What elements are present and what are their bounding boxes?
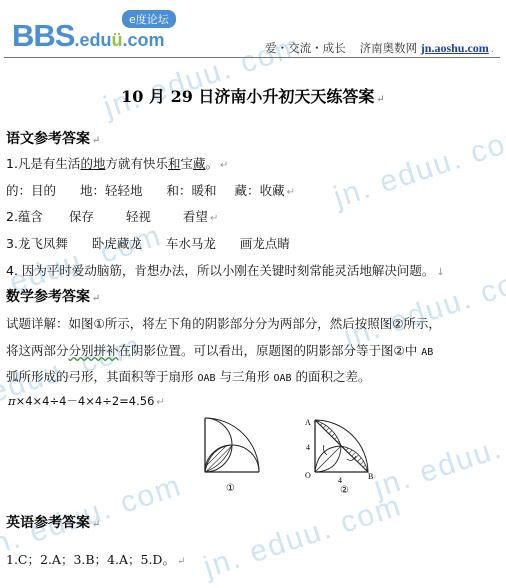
underlined-text: 的地 <box>80 156 105 171</box>
paragraph-mark: ↵ <box>92 519 100 530</box>
math-explanation-line1: 试题详解：如图①所示，将左下角的阴影部分分为两部分，然后按照图②所示， <box>6 314 441 332</box>
value: 目的 <box>31 183 56 198</box>
text: 1.凡是有生活 <box>6 156 80 171</box>
math-explanation-line3: 弧所形成的弓形，其面积等于扇形 OAB 与三角形 OAB 的面积之差。 <box>6 367 371 385</box>
svg-text:B: B <box>368 472 373 481</box>
site-name: 济南奥数网 <box>360 41 418 55</box>
spellcheck-text: 分别拼补 <box>69 343 119 358</box>
text: 弧所形成的弓形，其面积等于扇形 <box>6 369 197 384</box>
header-slogan: 爱・交流・成长济南奥数网 jn.aoshu.com. <box>265 40 494 56</box>
label: 和： <box>167 183 192 198</box>
text: 在阴影位置。可以看出，原题图的阴影部分等于图②中 <box>119 343 422 358</box>
math-explanation-line2: 将这两部分分别拼补在阴影位置。可以看出，原题图的阴影部分等于图②中 AB <box>6 341 433 359</box>
text: 方就有快乐 <box>105 156 168 171</box>
logo-com: .com <box>122 30 164 50</box>
underlined-text: 藏 <box>193 156 206 171</box>
bbs-eduu-logo[interactable]: BBS.eduü.com e度论坛 <box>12 18 164 50</box>
answer: 看望 <box>183 209 208 224</box>
answer: 卧虎藏龙 <box>92 236 142 251</box>
chinese-heading: 语文参考答案↵ <box>6 128 100 148</box>
paragraph-mark: ↵ <box>92 293 100 304</box>
english-answers: 1.C；2.A；3.B；4.A；5.D。↵ <box>6 550 185 568</box>
text: 与三角形 <box>216 369 274 384</box>
answer: 3.龙飞凤舞 <box>6 236 68 251</box>
svg-text:A: A <box>305 418 311 427</box>
figure-1 <box>205 418 259 472</box>
math-figure: A 4 O 4 B ① ② <box>200 415 375 497</box>
text: AB <box>421 347 433 358</box>
logo-bbs: BBS <box>12 18 74 53</box>
svg-text:①: ① <box>226 483 235 494</box>
heading-text: 数学参考答案 <box>6 289 90 305</box>
answer: 轻视 <box>126 209 151 224</box>
title-text: 10 月 29 日济南小升初天天练答案 <box>121 87 374 106</box>
chinese-q4: 4. 因为平时爱动脑筋，肯想办法，所以小刚在关键时刻常能灵活地解决问题。↓ <box>6 261 445 279</box>
text: 。 <box>206 156 219 171</box>
answer: 画龙点睛 <box>240 236 290 251</box>
label: 的： <box>6 183 31 198</box>
svg-text:②: ② <box>340 485 349 496</box>
chinese-q3: 3.龙飞凤舞 卧虎藏龙 车水马龙 画龙点睛 <box>6 234 290 252</box>
formula-text: ×4×4÷4－4×4÷2=4.56 <box>16 394 155 408</box>
chinese-q1-detail: 的：目的 地：轻轻地 和：暖和 藏：收藏↵ <box>6 181 295 199</box>
heading-text: 英语参考答案 <box>6 515 90 531</box>
logo-edu: .edu <box>74 30 111 50</box>
slogan-text: 爱・交流・成长 <box>265 41 346 55</box>
text: 的面积之差。 <box>292 369 371 384</box>
text: OAB <box>197 373 215 384</box>
answer: 保存 <box>69 209 94 224</box>
heading-text: 语文参考答案 <box>6 131 90 147</box>
paragraph-mark: ↵ <box>92 135 100 146</box>
chinese-q2: 2.蕴含 保存 轻视 看望↵ <box>6 207 218 225</box>
math-heading: 数学参考答案↵ <box>6 286 100 306</box>
site-link[interactable]: jn.aoshu.com <box>421 41 489 55</box>
answer: 4. 因为平时爱动脑筋，肯想办法，所以小刚在关键时刻常能灵活地解决问题。 <box>6 263 434 278</box>
logo-u: ü <box>111 30 122 50</box>
paragraph-mark: . <box>491 44 494 55</box>
text: OAB <box>274 373 292 384</box>
svg-text:4: 4 <box>306 443 310 452</box>
english-heading: 英语参考答案↵ <box>6 512 100 532</box>
watermark: jn. eduu. com <box>200 489 407 585</box>
paragraph-mark: ↵ <box>220 160 228 171</box>
header-divider <box>4 57 500 58</box>
value: 收藏 <box>260 183 285 198</box>
svg-text:4: 4 <box>338 476 342 485</box>
watermark: jn. eduu. com <box>330 119 506 215</box>
paragraph-mark: ↵ <box>210 213 218 224</box>
underlined-text: 和 <box>168 156 181 171</box>
page-title: 10 月 29 日济南小升初天天练答案↵ <box>0 84 506 107</box>
text: 将这两部分 <box>6 343 69 358</box>
text: 宝 <box>180 156 193 171</box>
paragraph-mark: ↵ <box>177 556 185 567</box>
label: 藏： <box>235 183 260 198</box>
label: 地： <box>80 183 105 198</box>
paragraph-mark: ↵ <box>376 94 384 105</box>
paragraph-mark: ↓ <box>436 267 444 278</box>
logo-badge: e度论坛 <box>122 10 176 28</box>
math-formula: π×4×4÷4－4×4÷2=4.56↵ <box>8 393 165 409</box>
page-header: BBS.eduü.com e度论坛 爱・交流・成长济南奥数网 jn.aoshu.… <box>0 0 506 66</box>
figure-2 <box>315 420 368 472</box>
text: 试题详解：如图①所示，将左下角的阴影部分分为两部分，然后按照图②所示， <box>6 316 441 331</box>
geometry-diagram-icon: A 4 O 4 B ① ② <box>200 415 375 497</box>
pi-symbol: π <box>8 394 16 408</box>
svg-text:O: O <box>305 471 311 480</box>
value: 暖和 <box>192 183 217 198</box>
watermark: jn. eduu. com <box>370 409 506 505</box>
answers-text: 1.C；2.A；3.B；4.A；5.D。 <box>6 552 175 567</box>
chinese-q1: 1.凡是有生活的地方就有快乐和宝藏。↵ <box>6 154 228 172</box>
answer: 2.蕴含 <box>6 209 43 224</box>
answer: 车水马龙 <box>166 236 216 251</box>
value: 轻轻地 <box>105 183 143 198</box>
paragraph-mark: ↵ <box>287 187 295 198</box>
paragraph-mark: ↵ <box>156 397 164 408</box>
